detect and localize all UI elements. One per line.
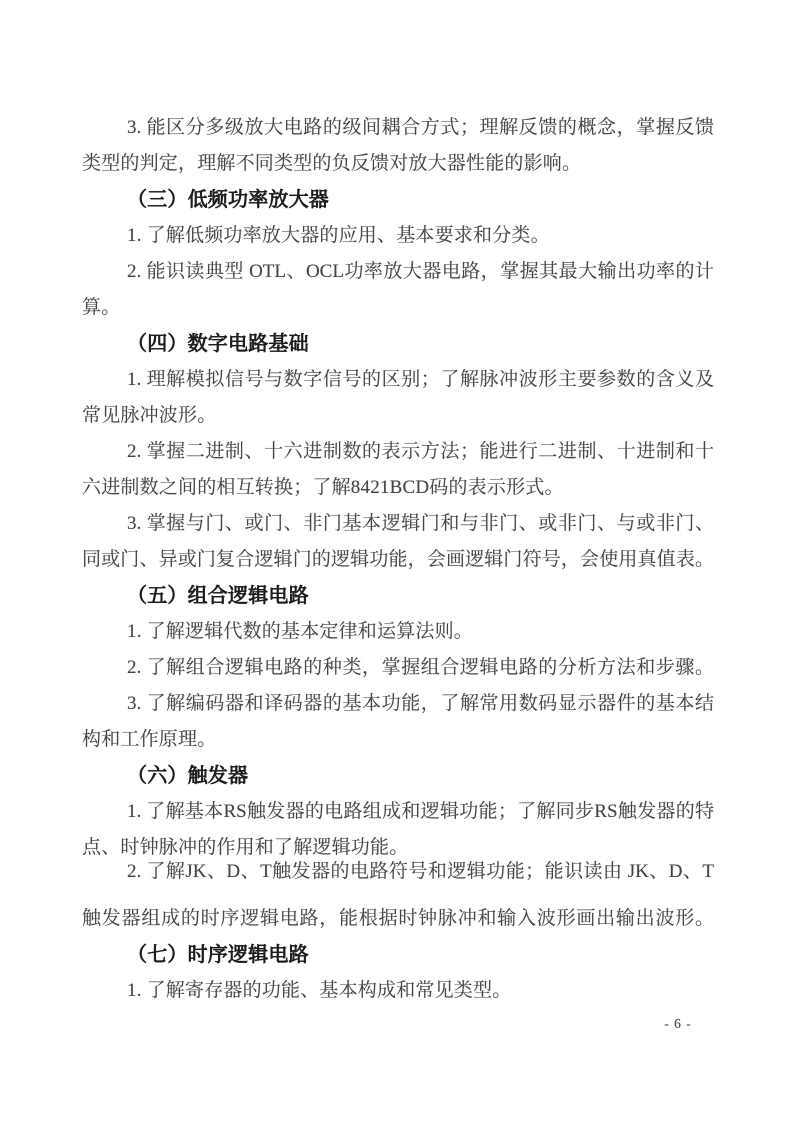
text-line: 2. 了解组合逻辑电路的种类，掌握组合逻辑电路的分析方法和步骤。 xyxy=(82,650,714,686)
text-line: 3. 能区分多级放大电路的级间耦合方式；理解反馈的概念，掌握反馈 xyxy=(82,110,714,146)
text-line: 1. 了解寄存器的功能、基本构成和常见类型。 xyxy=(82,973,714,1009)
text-line: 常见脉冲波形。 xyxy=(82,398,714,434)
text-line: 构和工作原理。 xyxy=(82,722,714,758)
text-line: 1. 了解逻辑代数的基本定律和运算法则。 xyxy=(82,614,714,650)
section-heading: （三）低频功率放大器 xyxy=(82,182,714,218)
text-line: 算。 xyxy=(82,290,714,326)
document-text-block: 3. 能区分多级放大电路的级间耦合方式；理解反馈的概念，掌握反馈类型的判定，理解… xyxy=(82,110,714,1009)
section-heading: （六）触发器 xyxy=(82,758,714,794)
text-line: 1. 理解模拟信号与数字信号的区别；了解脉冲波形主要参数的含义及 xyxy=(82,362,714,398)
document-page: 3. 能区分多级放大电路的级间耦合方式；理解反馈的概念，掌握反馈类型的判定，理解… xyxy=(0,0,800,1130)
text-line: 3. 掌握与门、或门、非门基本逻辑门和与非门、或非门、与或非门、 xyxy=(82,506,714,542)
text-line: 2. 能识读典型 OTL、OCL功率放大器电路，掌握其最大输出功率的计 xyxy=(82,254,714,290)
page-number: - 6 - xyxy=(630,1016,726,1032)
text-line: 2. 了解JK、D、T触发器的电路符号和逻辑功能；能识读由 JK、D、T xyxy=(82,854,714,890)
text-line: 1. 了解基本RS触发器的电路组成和逻辑功能；了解同步RS触发器的特 xyxy=(82,794,714,830)
text-line: 六进制数之间的相互转换；了解8421BCD码的表示形式。 xyxy=(82,470,714,506)
text-line: 1. 了解低频功率放大器的应用、基本要求和分类。 xyxy=(82,218,714,254)
section-heading: （七）时序逻辑电路 xyxy=(82,937,714,973)
section-heading: （五）组合逻辑电路 xyxy=(82,578,714,614)
section-heading: （四）数字电路基础 xyxy=(82,326,714,362)
text-line: 触发器组成的时序逻辑电路，能根据时钟脉冲和输入波形画出输出波形。 xyxy=(82,901,714,937)
text-line: 类型的判定，理解不同类型的负反馈对放大器性能的影响。 xyxy=(82,146,714,182)
text-line: 2. 掌握二进制、十六进制数的表示方法；能进行二进制、十进制和十 xyxy=(82,434,714,470)
text-line: 3. 了解编码器和译码器的基本功能，了解常用数码显示器件的基本结 xyxy=(82,686,714,722)
text-line: 同或门、异或门复合逻辑门的逻辑功能，会画逻辑门符号，会使用真值表。 xyxy=(82,542,714,578)
